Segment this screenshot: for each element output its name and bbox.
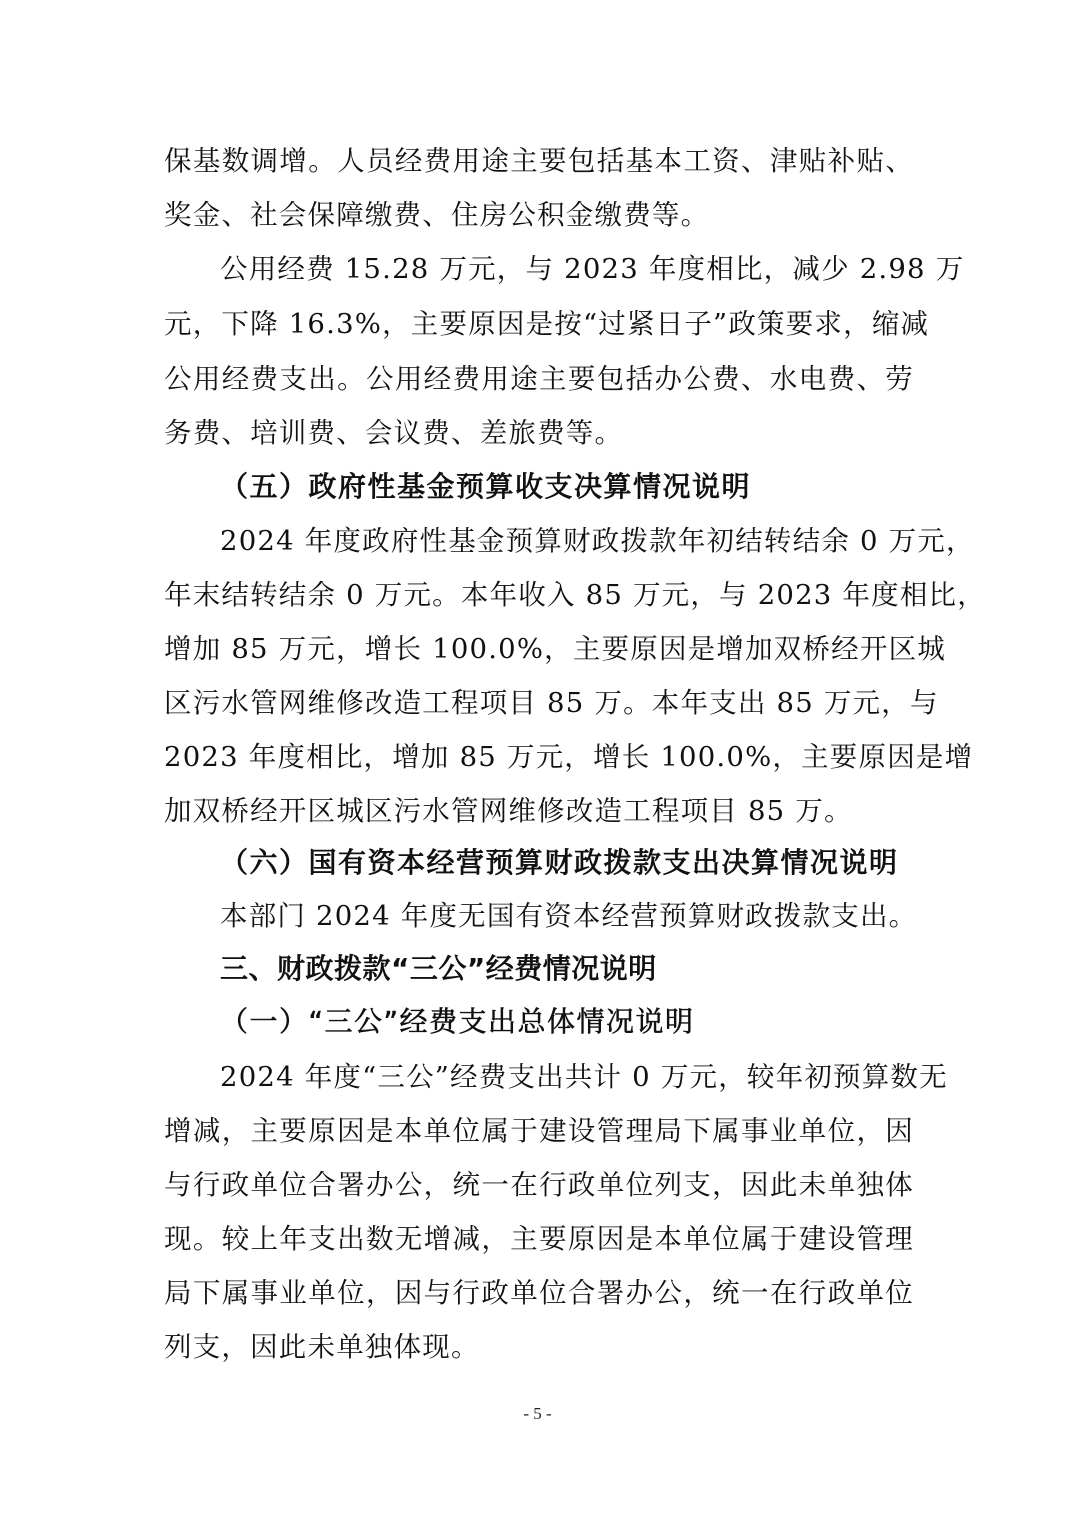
paragraph-line: 增加 85 万元，增长 100.0%，主要原因是增加双桥经开区城 (164, 631, 914, 667)
paragraph-line: 元，下降 16.3%，主要原因是按“过紧日子”政策要求，缩减 (164, 306, 914, 342)
paragraph-line: 奖金、社会保障缴费、住房公积金缴费等。 (164, 197, 914, 233)
document-page: 保基数调增。人员经费用途主要包括基本工资、津贴补贴、 奖金、社会保障缴费、住房公… (0, 0, 1075, 1520)
paragraph-line: 务费、培训费、会议费、差旅费等。 (164, 415, 914, 451)
section-title-three-public: 三、财政拨款“三公”经费情况说明 (220, 951, 657, 987)
paragraph-line: 公用经费支出。公用经费用途主要包括办公费、水电费、劳 (164, 361, 914, 397)
page-number: - 5 - (0, 1402, 1075, 1426)
section-heading-gov-fund: （五）政府性基金预算收支决算情况说明 (220, 469, 751, 505)
paragraph-line: 列支，因此未单独体现。 (164, 1329, 914, 1365)
paragraph-line: 公用经费 15.28 万元，与 2023 年度相比，减少 2.98 万 (220, 251, 914, 287)
paragraph-line: 本部门 2024 年度无国有资本经营预算财政拨款支出。 (220, 898, 914, 934)
paragraph-line: 2024 年度“三公”经费支出共计 0 万元，较年初预算数无 (220, 1059, 914, 1095)
paragraph-line: 保基数调增。人员经费用途主要包括基本工资、津贴补贴、 (164, 143, 914, 179)
paragraph-line: 年末结转结余 0 万元。本年收入 85 万元，与 2023 年度相比， (164, 577, 914, 613)
paragraph-line: 2024 年度政府性基金预算财政拨款年初结转结余 0 万元， (220, 523, 914, 559)
paragraph-line: 局下属事业单位，因与行政单位合署办公，统一在行政单位 (164, 1275, 914, 1311)
paragraph-line: 区污水管网维修改造工程项目 85 万。本年支出 85 万元，与 (164, 685, 914, 721)
paragraph-line: 与行政单位合署办公，统一在行政单位列支，因此未单独体 (164, 1167, 914, 1203)
paragraph-line: 现。较上年支出数无增减，主要原因是本单位属于建设管理 (164, 1221, 914, 1257)
subsection-heading-three-public-overview: （一）“三公”经费支出总体情况说明 (220, 1004, 695, 1040)
paragraph-line: 增减，主要原因是本单位属于建设管理局下属事业单位，因 (164, 1113, 914, 1149)
section-heading-state-capital: （六）国有资本经营预算财政拨款支出决算情况说明 (220, 845, 899, 881)
paragraph-line: 2023 年度相比，增加 85 万元，增长 100.0%，主要原因是增 (164, 739, 914, 775)
paragraph-line: 加双桥经开区城区污水管网维修改造工程项目 85 万。 (164, 793, 914, 829)
